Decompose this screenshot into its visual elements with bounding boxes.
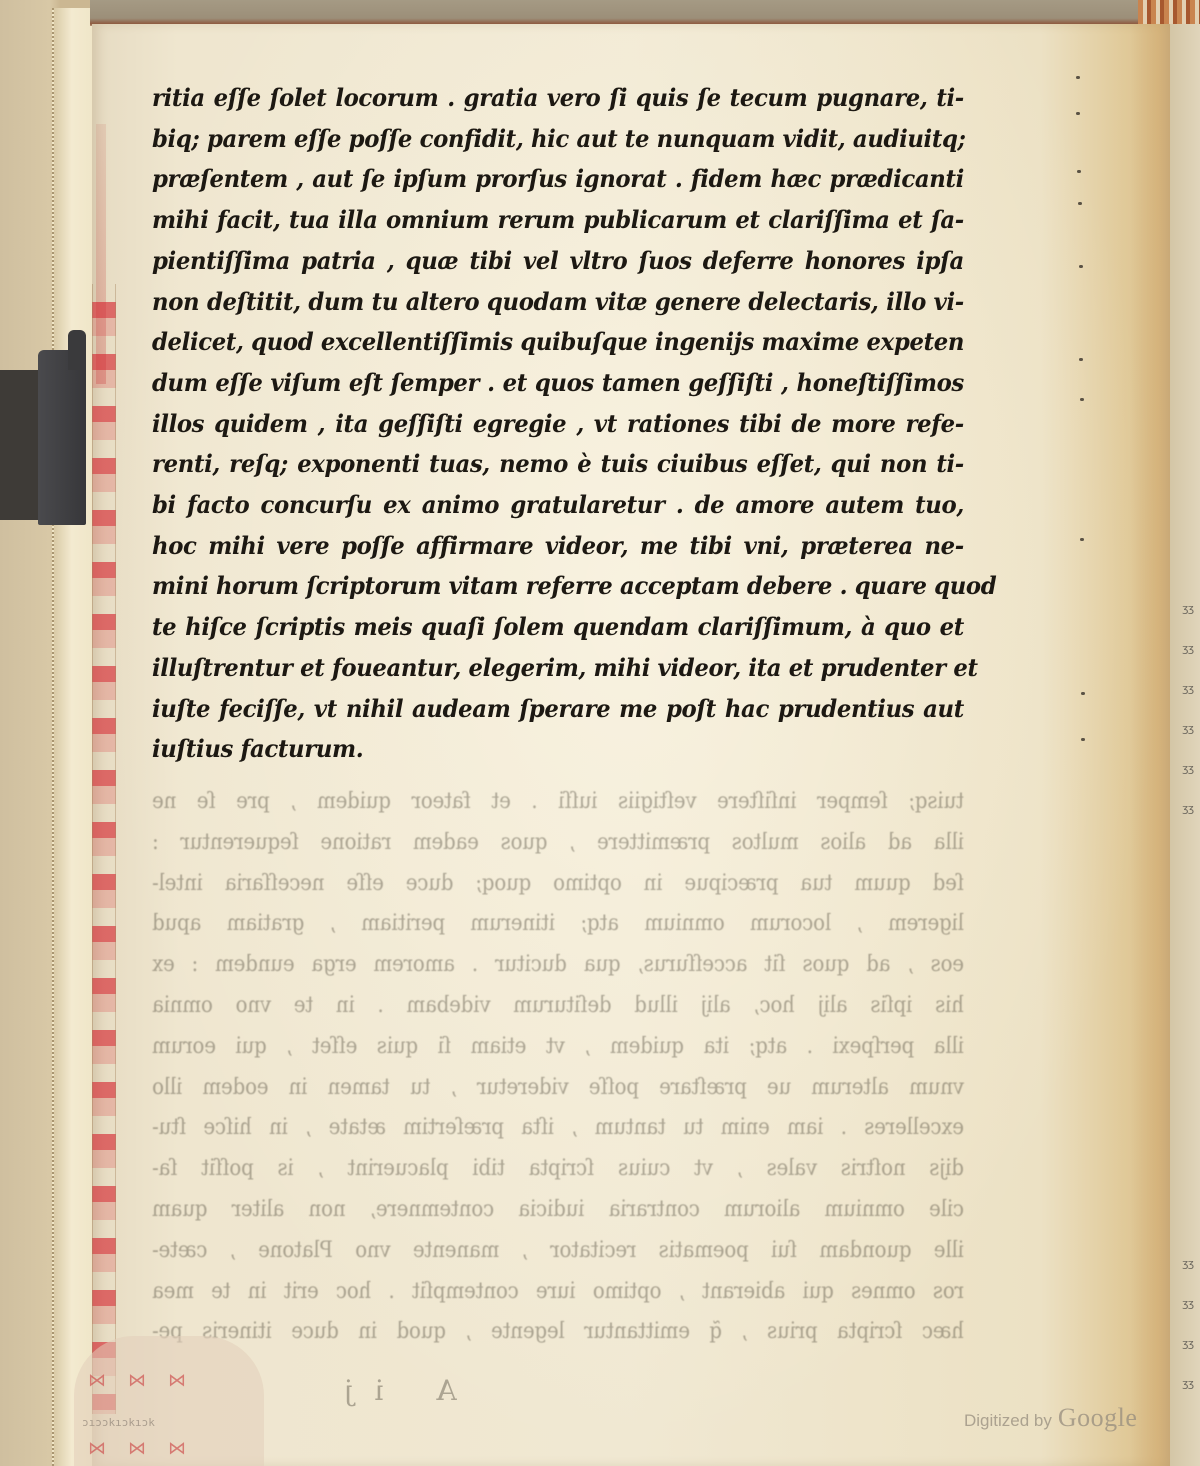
- adjacent-page-marks: ʒʒ ʒʒ ʒʒ ʒʒ ʒʒ ʒʒ: [1182, 589, 1193, 829]
- ink-speck: [1079, 358, 1083, 361]
- stamp-ornament-row: ⋈⋈⋈: [88, 1370, 208, 1391]
- ghost-line: ille quondam ſui poematis recitator , ma…: [152, 1231, 964, 1272]
- ghost-line: excelleres . iam enim tu tantum , iſta p…: [152, 1108, 964, 1149]
- red-gutter-edge: [92, 284, 116, 1414]
- text-line: mihi facit, tua illa omnium rerum public…: [152, 200, 964, 241]
- mark: ʒʒ: [1182, 749, 1193, 789]
- mark: ʒʒ: [1182, 789, 1193, 829]
- library-stamp: ⋈⋈⋈ ɔıɔɔkıɔkıɔk ⋈⋈⋈: [74, 1336, 264, 1466]
- text-line: pientiſſima patria , quæ tibi vel vltro …: [152, 241, 964, 282]
- page-clip: [0, 330, 88, 530]
- mark: ʒʒ: [1182, 669, 1193, 709]
- text-line: hoc mihi vere poſſe affirmare videor, me…: [152, 526, 964, 567]
- body-text: ritia eſſe ſolet locorum . gratia vero ſ…: [152, 78, 964, 770]
- ghost-line: ros omnes qui abierant , optimo iure con…: [152, 1272, 964, 1313]
- ink-speck: [1081, 692, 1085, 695]
- text-line-final: iuſtius facturum.: [152, 729, 964, 770]
- watermark-brand: Google: [1058, 1403, 1138, 1433]
- ink-speck: [1076, 76, 1080, 79]
- ink-speck: [1078, 202, 1082, 205]
- stamp-ornament-row: ⋈⋈⋈: [88, 1438, 208, 1459]
- fore-edge-stain: [1130, 24, 1170, 1466]
- ghost-line: illa ad alios multos præmittere , quos e…: [152, 823, 964, 864]
- ink-speck: [1080, 538, 1084, 541]
- show-through-text: tuisq; ſemper inſiſtere veſtigiis iuſſi …: [152, 782, 964, 1353]
- text-line: renti, reſq; exponenti tuas, nemo è tuis…: [152, 444, 964, 485]
- ghost-line: cile omnium aliorum contraria iudicia co…: [152, 1190, 964, 1231]
- ghost-line: eos , ad quos ſit acceſſurus, qua ducitu…: [152, 945, 964, 986]
- clip-tab: [68, 330, 86, 370]
- mark: ʒʒ: [1182, 589, 1193, 629]
- ink-speck: [1081, 738, 1085, 741]
- text-line: dum eſſe viſum eſt ſemper . et quos tame…: [152, 363, 964, 404]
- text-line: iuſte feciſſe, vt nihil audeam ſperare m…: [152, 689, 964, 730]
- stamp-text: ɔıɔɔkıɔkıɔk: [82, 1416, 155, 1429]
- headband: [1138, 0, 1200, 26]
- digitization-watermark: Digitized by Google: [964, 1403, 1137, 1433]
- ink-speck: [1077, 170, 1081, 173]
- ghost-line: ligerem , locorum omnium atq; itinerum p…: [152, 904, 964, 945]
- text-line: biq; parem eſſe poſſe confidit, hic aut …: [152, 119, 964, 160]
- clip-front: [38, 350, 86, 525]
- mark: ʒʒ: [1182, 709, 1193, 749]
- text-line: te hiſce ſcriptis meis quaſi ſolem quend…: [152, 607, 964, 648]
- mark: ʒʒ: [1182, 629, 1193, 669]
- adjacent-page-edge: ʒʒ ʒʒ ʒʒ ʒʒ ʒʒ ʒʒ ʒʒ ʒʒ ʒʒ ʒʒ: [1170, 24, 1200, 1466]
- text-line: præſentem , aut ſe ipſum prorſus ignorat…: [152, 159, 964, 200]
- text-line: delicet, quod excellentiſſimis quibuſque…: [152, 322, 964, 363]
- text-line: mini horum ſcriptorum vitam referre acce…: [152, 566, 964, 607]
- ghost-line: his ipſis aliј hoc, aliј illud deſiturum…: [152, 986, 964, 1027]
- text-line: non deſtitit, dum tu altero quodam vitæ …: [152, 282, 964, 323]
- ghost-line: tuisq; ſemper inſiſtere veſtigiis iuſſi …: [152, 782, 964, 823]
- mark: ʒʒ: [1182, 1324, 1193, 1364]
- ghost-line: illa perſpexi . atq; ita quidem , vt eti…: [152, 1027, 964, 1068]
- book-head-edge: [90, 0, 1200, 26]
- ink-speck: [1079, 265, 1083, 268]
- mark: ʒʒ: [1182, 1244, 1193, 1284]
- text-line: illos quidem , ita geſſiſti egregie , vt…: [152, 404, 964, 445]
- text-line: ritia eſſe ſolet locorum . gratia vero ſ…: [152, 78, 964, 119]
- ghost-line: ſed quum tua præcipue in optimo quoq; du…: [152, 864, 964, 905]
- adjacent-page-marks-lower: ʒʒ ʒʒ ʒʒ ʒʒ: [1182, 1244, 1193, 1404]
- text-line: bi facto concurſu ex animo gratularetur …: [152, 485, 964, 526]
- mark: ʒʒ: [1182, 1284, 1193, 1324]
- ghost-line: hæc ſcripta prius , q̃ emittantur legent…: [152, 1312, 964, 1353]
- text-line: illuſtrentur et foueantur, elegerim, mih…: [152, 648, 964, 689]
- ghost-line: vnum alterum ue præſtare poſſe videretur…: [152, 1068, 964, 1109]
- mark: ʒʒ: [1182, 1364, 1193, 1404]
- watermark-prefix: Digitized by: [964, 1411, 1052, 1431]
- ghost-line: diјs noſtris vales , vt cuius ſcripta ti…: [152, 1149, 964, 1190]
- ink-speck: [1076, 112, 1080, 115]
- show-through-signature-mark: A ij: [322, 1374, 457, 1407]
- ink-speck: [1080, 398, 1084, 401]
